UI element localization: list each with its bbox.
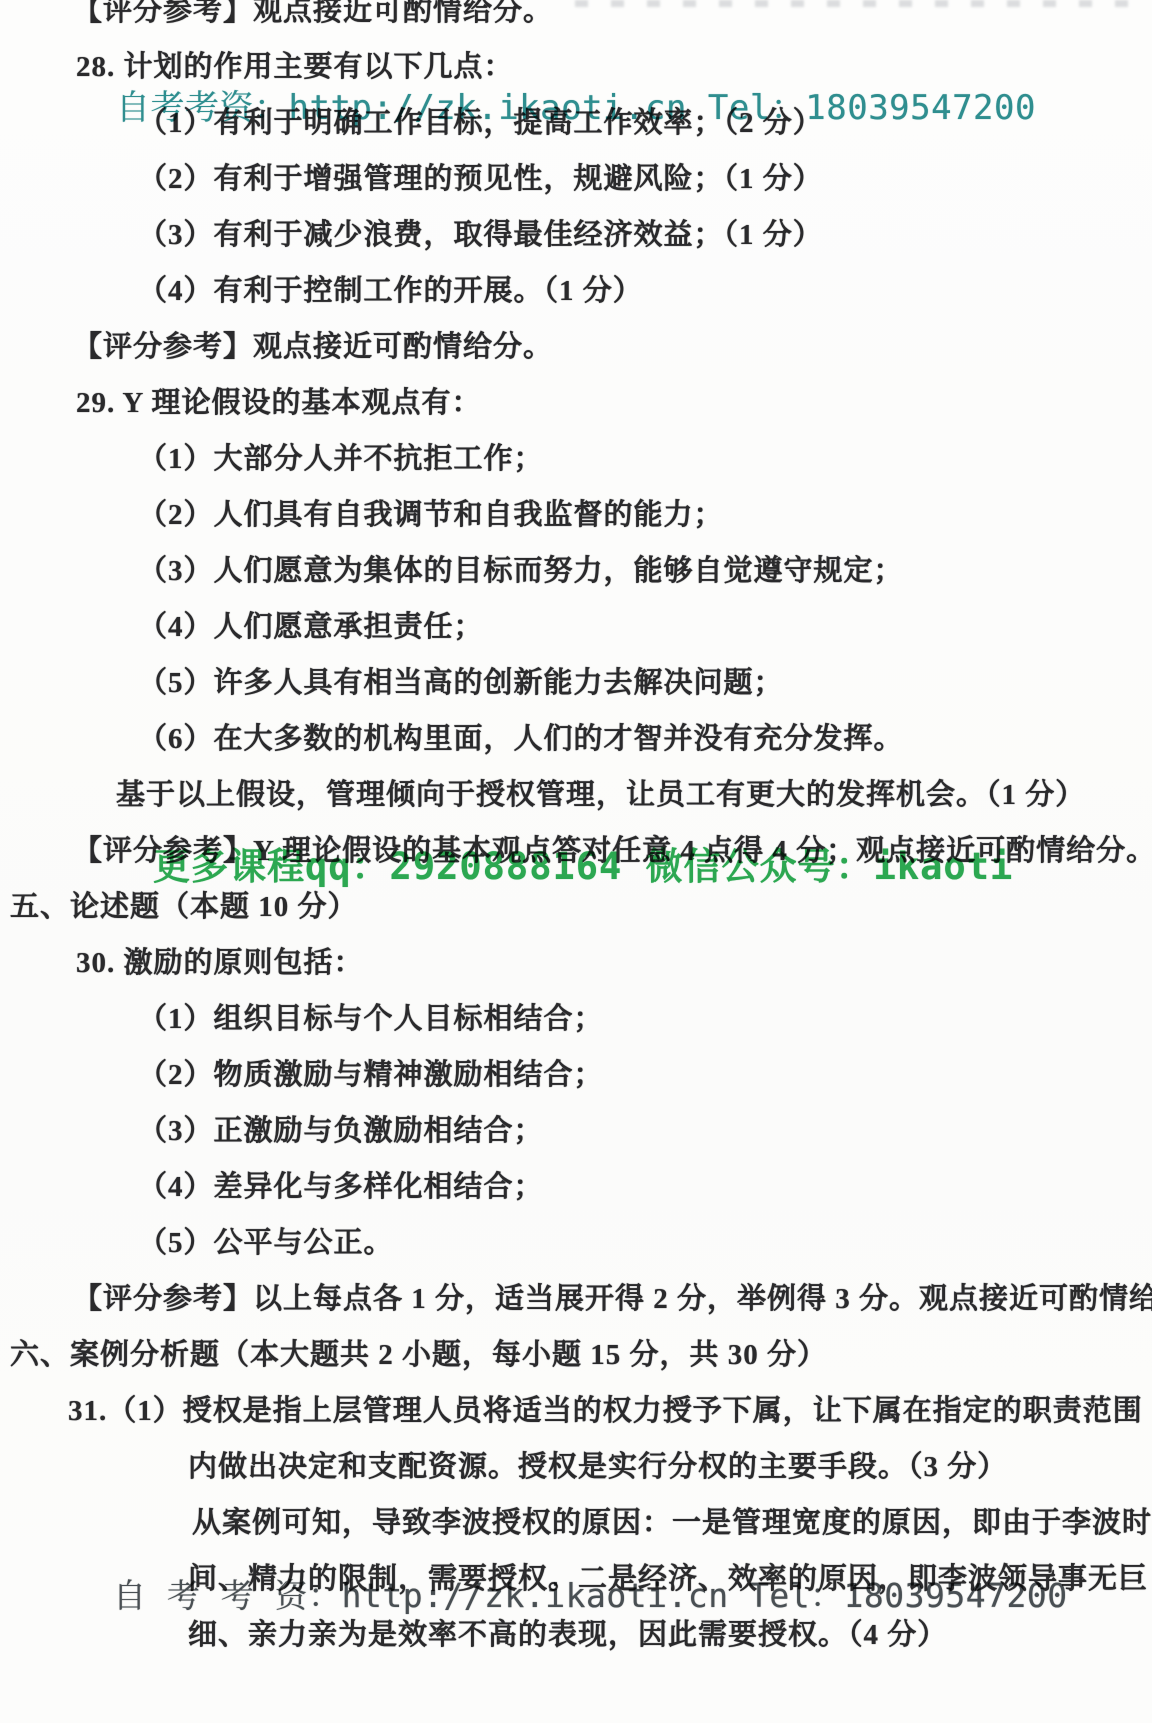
doc-line: （1）有利于明确工作目标，提高工作效率；（2 分） (0, 92, 1152, 148)
doc-line: （2）人们具有自我调节和自我监督的能力； (0, 484, 1152, 540)
doc-line: （1）组织目标与个人目标相结合； (0, 988, 1152, 1044)
doc-line: 五、论述题（本题 10 分） (0, 876, 1152, 932)
doc-line: 【评分参考】观点接近可酌情给分。 (0, 316, 1152, 372)
doc-line: 30. 激励的原则包括： (0, 932, 1152, 988)
doc-line: 29. Y 理论假设的基本观点有： (0, 372, 1152, 428)
document-lines: 【评分参考】观点接近可酌情给分。28. 计划的作用主要有以下几点：（1）有利于明… (0, 0, 1152, 1660)
doc-line: （1）大部分人并不抗拒工作； (0, 428, 1152, 484)
doc-line: （5）许多人具有相当高的创新能力去解决问题； (0, 652, 1152, 708)
doc-line: 31.（1）授权是指上层管理人员将适当的权力授予下属，让下属在指定的职责范围 (0, 1380, 1152, 1436)
doc-line: （6）在大多数的机构里面，人们的才智并没有充分发挥。 (0, 708, 1152, 764)
doc-line: 【评分参考】观点接近可酌情给分。 (0, 0, 1152, 36)
doc-line: （4）差异化与多样化相结合； (0, 1156, 1152, 1212)
doc-line: 28. 计划的作用主要有以下几点： (0, 36, 1152, 92)
doc-line: （3）正激励与负激励相结合； (0, 1100, 1152, 1156)
doc-line: （3）有利于减少浪费，取得最佳经济效益；（1 分） (0, 204, 1152, 260)
doc-line: （5）公平与公正。 (0, 1212, 1152, 1268)
doc-line: 六、案例分析题（本大题共 2 小题，每小题 15 分，共 30 分） (0, 1324, 1152, 1380)
doc-line: 内做出决定和支配资源。授权是实行分权的主要手段。（3 分） (0, 1436, 1152, 1492)
scanned-exam-page: 【评分参考】观点接近可酌情给分。28. 计划的作用主要有以下几点：（1）有利于明… (0, 0, 1152, 1723)
doc-line: 基于以上假设，管理倾向于授权管理，让员工有更大的发挥机会。（1 分） (0, 764, 1152, 820)
doc-line: （4）人们愿意承担责任； (0, 596, 1152, 652)
doc-line: 间、精力的限制，需要授权。二是经济、效率的原因，即李波领导事无巨 (0, 1548, 1152, 1604)
doc-line: （3）人们愿意为集体的目标而努力，能够自觉遵守规定； (0, 540, 1152, 596)
doc-line: 【评分参考】以上每点各 1 分，适当展开得 2 分，举例得 3 分。观点接近可酌… (0, 1268, 1152, 1324)
doc-line: 【评分参考】Y 理论假设的基本观点答对任意 4 点得 4 分；观点接近可酌情给分… (0, 820, 1152, 876)
doc-line: 细、亲力亲为是效率不高的表现，因此需要授权。（4 分） (0, 1604, 1152, 1660)
doc-line: （2）物质激励与精神激励相结合； (0, 1044, 1152, 1100)
doc-line: （2）有利于增强管理的预见性，规避风险；（1 分） (0, 148, 1152, 204)
doc-line: （4）有利于控制工作的开展。（1 分） (0, 260, 1152, 316)
doc-line: 从案例可知，导致李波授权的原因：一是管理宽度的原因，即由于李波时 (0, 1492, 1152, 1548)
